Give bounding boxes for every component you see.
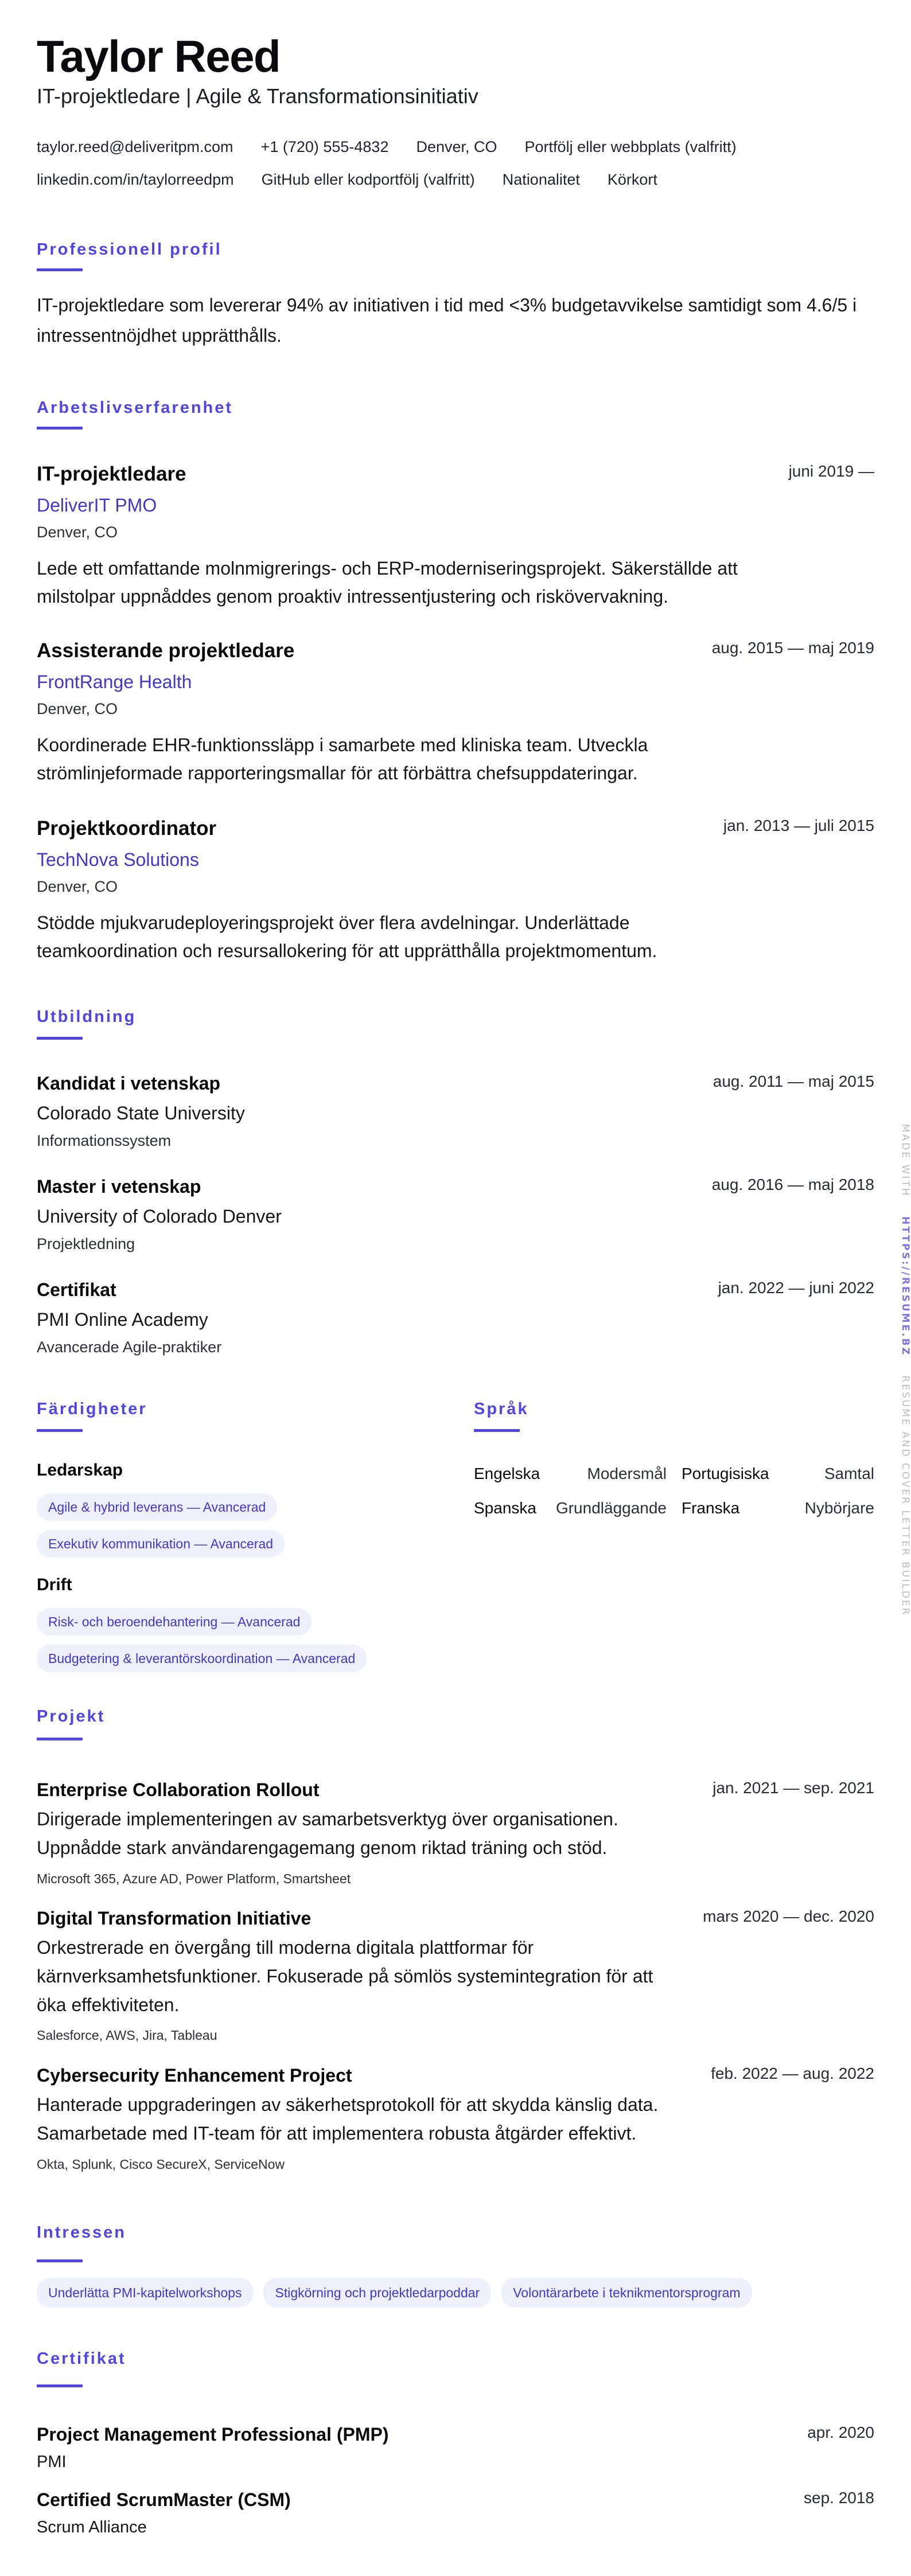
section-divider [37,1738,83,1740]
certificate-issuer: Scrum Alliance [37,2518,874,2538]
school: University of Colorado Denver [37,1205,874,1227]
section-title-experience: Arbetslivserfarenhet [37,398,233,418]
interest-list: Underlätta PMI-kapitelworkshops Stigkörn… [37,2278,752,2308]
section-title-skills: Färdigheter [37,1399,147,1419]
section-title-certificates: Certifikat [37,2349,126,2369]
language-level: Samtal [824,1463,874,1484]
section-divider [37,2384,83,2387]
project-description: Hanterade uppgraderingen av säkerhetspro… [37,2091,685,2148]
project-item: Enterprise Collaboration Rollout jan. 20… [37,1779,874,1887]
certificate-title: Project Management Professional (PMP) [37,2423,874,2445]
project-date: feb. 2022 — aug. 2022 [711,2064,874,2083]
section-divider [37,1037,83,1040]
job-company: FrontRange Health [37,671,874,693]
education-item: Certifikat jan. 2022 — juni 2022 PMI Onl… [37,1279,874,1356]
language-item: Portugisiska Samtal [682,1463,874,1484]
job-description: Stödde mjukvarudeployeringsprojekt över … [37,909,771,966]
certificate-item: Certified ScrumMaster (CSM) sep. 2018 Sc… [37,2489,874,2538]
language-item: Engelska Modersmål [474,1463,667,1484]
contact-phone[interactable]: +1 (720) 555-4832 [261,138,389,156]
language-name: Engelska [474,1463,540,1484]
contact-nationality: Nationalitet [503,170,580,189]
language-level: Grundläggande [556,1498,667,1519]
language-name: Franska [682,1498,739,1519]
project-description: Dirigerade implementeringen av samarbets… [37,1805,685,1862]
section-divider [37,1429,83,1432]
project-date: mars 2020 — dec. 2020 [703,1907,874,1926]
certificate-issuer: PMI [37,2452,874,2472]
project-technologies: Salesforce, AWS, Jira, Tableau [37,2027,874,2044]
skill-group: Ledarskap Agile & hybrid leverans — Avan… [37,1460,285,1558]
section-title-projects: Projekt [37,1707,105,1727]
experience-item: Assisterande projektledare aug. 2015 — m… [37,639,874,788]
project-technologies: Microsoft 365, Azure AD, Power Platform,… [37,1871,874,1888]
section-divider [37,427,83,430]
skill-pill: Agile & hybrid leverans — Avancerad [37,1493,277,1521]
job-description: Lede ett omfattande molnmigrerings- och … [37,555,771,611]
candidate-name: Taylor Reed [37,32,280,81]
job-location: Denver, CO [37,700,874,718]
education-date: jan. 2022 — juni 2022 [718,1279,874,1297]
language-level: Modersmål [587,1463,667,1484]
education-date: aug. 2016 — maj 2018 [712,1176,874,1194]
interest-pill: Stigkörning och projektledarpoddar [263,2278,491,2308]
interest-pill: Volontärarbete i teknikmentorsprogram [501,2278,752,2308]
skill-list: Risk- och beroendehantering — Avancerad … [37,1608,367,1672]
skill-pill: Exekutiv kommunikation — Avancerad [37,1530,285,1558]
project-item: Cybersecurity Enhancement Project feb. 2… [37,2064,874,2173]
job-company: TechNova Solutions [37,849,874,871]
skill-pill: Risk- och beroendehantering — Avancerad [37,1608,312,1636]
education-item: Master i vetenskap aug. 2016 — maj 2018 … [37,1176,874,1253]
section-title-languages: Språk [474,1399,529,1419]
project-technologies: Okta, Splunk, Cisco SecureX, ServiceNow [37,2156,874,2173]
education-date: aug. 2011 — maj 2015 [713,1072,874,1091]
field-of-study: Avancerade Agile-praktiker [37,1338,874,1356]
watermark-link[interactable]: https://resume.bz [900,1216,911,1356]
section-divider [474,1429,520,1432]
certificate-item: Project Management Professional (PMP) ap… [37,2423,874,2472]
job-location: Denver, CO [37,877,874,896]
job-title: IT-projektledare [37,462,874,486]
contact-email[interactable]: taylor.reed@deliveritpm.com [37,138,233,156]
project-item: Digital Transformation Initiative mars 2… [37,1907,874,2044]
language-item: Spanska Grundläggande [474,1498,667,1519]
experience-item: IT-projektledare juni 2019 — DeliverIT P… [37,462,874,611]
certificate-date: sep. 2018 [804,2489,874,2507]
language-list: Engelska Modersmål Portugisiska Samtal S… [474,1463,874,1519]
language-level: Nybörjare [805,1498,874,1519]
skill-list: Agile & hybrid leverans — Avancerad Exek… [37,1493,285,1558]
field-of-study: Informationssystem [37,1131,874,1150]
profile-summary: IT-projektledare som levererar 94% av in… [37,290,874,351]
project-description: Orkestrerade en övergång till moderna di… [37,1934,685,2019]
skill-group: Drift Risk- och beroendehantering — Avan… [37,1575,367,1672]
certificate-date: apr. 2020 [807,2423,874,2442]
language-name: Portugisiska [682,1463,769,1484]
language-item: Franska Nybörjare [682,1498,874,1519]
builder-watermark: Made with https://resume.bz Resume and c… [888,1124,911,1594]
field-of-study: Projektledning [37,1235,874,1253]
contact-row-2: linkedin.com/in/taylorreedpm GitHub elle… [37,170,657,189]
candidate-headline: IT-projektledare | Agile & Transformatio… [37,84,478,108]
section-title-profile: Professionell profil [37,240,222,260]
contact-drivers-license: Körkort [608,170,657,189]
job-date: aug. 2015 — maj 2019 [712,639,874,657]
watermark-suffix: Resume and cover letter builder [900,1376,911,1617]
job-company: DeliverIT PMO [37,494,874,516]
school: PMI Online Academy [37,1309,874,1330]
contact-row-1: taylor.reed@deliveritpm.com +1 (720) 555… [37,138,737,156]
watermark-prefix: Made with [900,1124,911,1197]
education-item: Kandidat i vetenskap aug. 2011 — maj 201… [37,1072,874,1150]
skill-group-title: Ledarskap [37,1460,285,1481]
language-name: Spanska [474,1498,536,1519]
section-title-interests: Intressen [37,2223,126,2243]
job-location: Denver, CO [37,523,874,541]
certificate-title: Certified ScrumMaster (CSM) [37,2489,874,2511]
job-description: Koordinerade EHR-funktionssläpp i samarb… [37,731,771,788]
interest-pill: Underlätta PMI-kapitelworkshops [37,2278,253,2308]
job-date: juni 2019 — [789,462,874,481]
skill-group-title: Drift [37,1575,367,1595]
contact-linkedin[interactable]: linkedin.com/in/taylorreedpm [37,170,234,189]
contact-portfolio[interactable]: Portfölj eller webbplats (valfritt) [525,138,737,156]
job-date: jan. 2013 — juli 2015 [723,817,874,835]
project-date: jan. 2021 — sep. 2021 [713,1779,874,1797]
section-divider [37,2259,83,2262]
school: Colorado State University [37,1102,874,1124]
experience-item: Projektkoordinator jan. 2013 — juli 2015… [37,817,874,966]
section-divider [37,268,83,271]
contact-github[interactable]: GitHub eller kodportfölj (valfritt) [262,170,475,189]
contact-location: Denver, CO [416,138,497,156]
skill-pill: Budgetering & leverantörskoordination — … [37,1645,367,1672]
section-title-education: Utbildning [37,1007,136,1027]
